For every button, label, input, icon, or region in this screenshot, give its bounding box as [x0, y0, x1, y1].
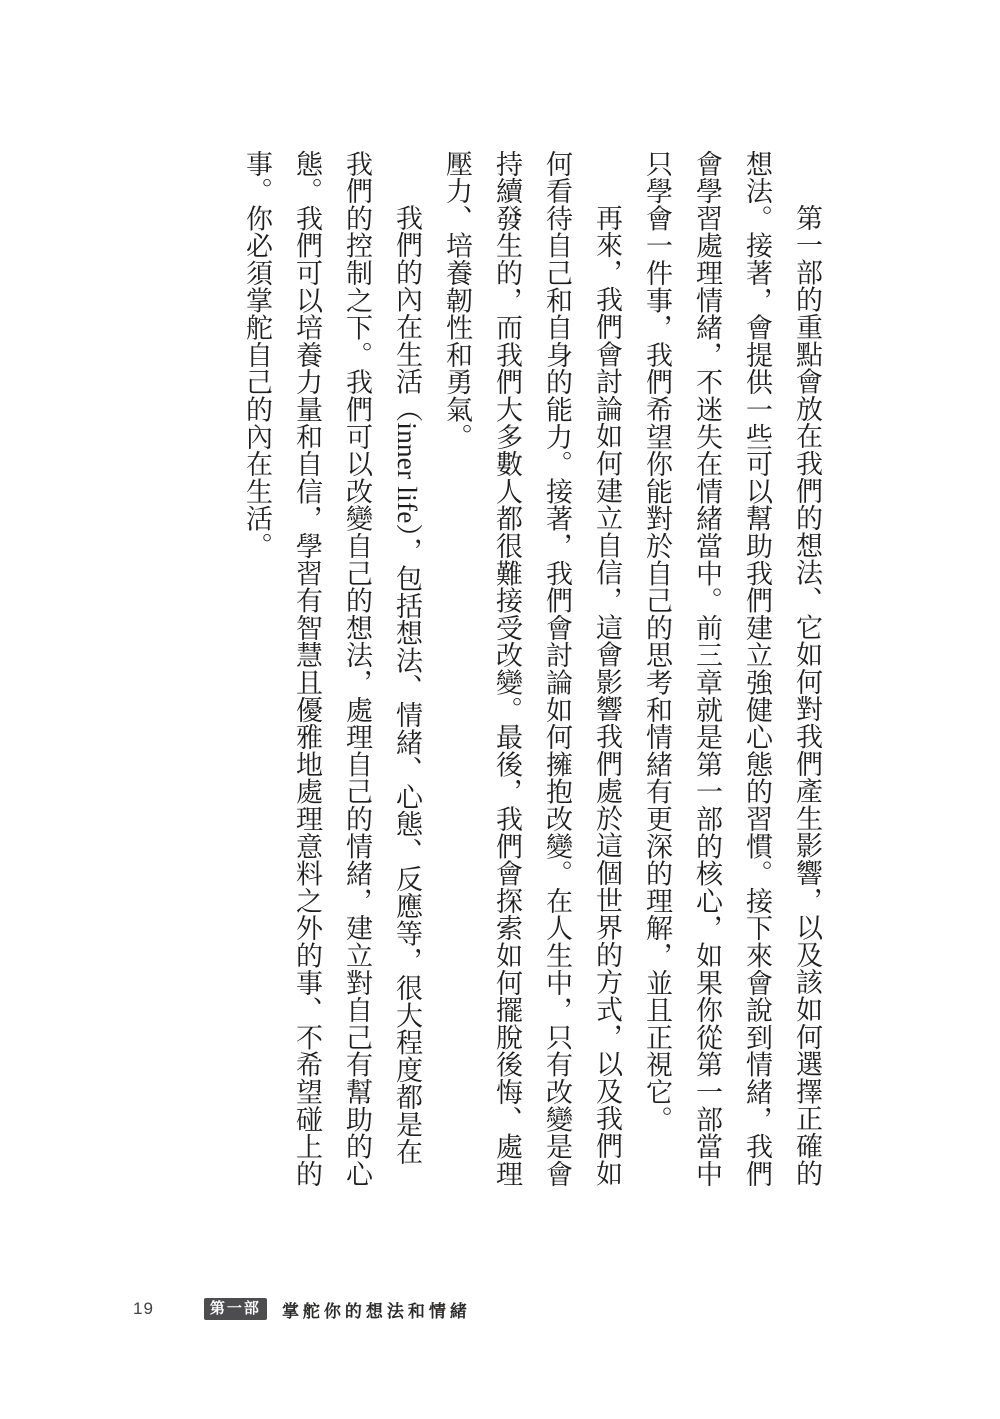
paragraph-inner-life: 我們的內在生活（inner life），包括想法、情緒、心態、反應等，很大程度都… [232, 150, 432, 1190]
page-footer: 19 第一部 掌舵你的想法和情緒 [133, 1296, 471, 1322]
part-badge: 第一部 [204, 1298, 267, 1320]
paragraph-confidence-change: 再來，我們會討論如何建立自信，這會影響我們處於這個世界的方式，以及我們如何看待自… [432, 150, 632, 1190]
book-page: 第一部的重點會放在我們的想法、它如何對我們產生影響，以及該如何選擇正確的想法。接… [0, 0, 1000, 1419]
paragraph-part-overview: 第一部的重點會放在我們的想法、它如何對我們產生影響，以及該如何選擇正確的想法。接… [632, 150, 832, 1190]
chapter-title: 掌舵你的想法和情緒 [282, 1297, 471, 1322]
body-text: 第一部的重點會放在我們的想法、它如何對我們產生影響，以及該如何選擇正確的想法。接… [232, 150, 832, 1190]
page-number: 19 [133, 1299, 154, 1319]
